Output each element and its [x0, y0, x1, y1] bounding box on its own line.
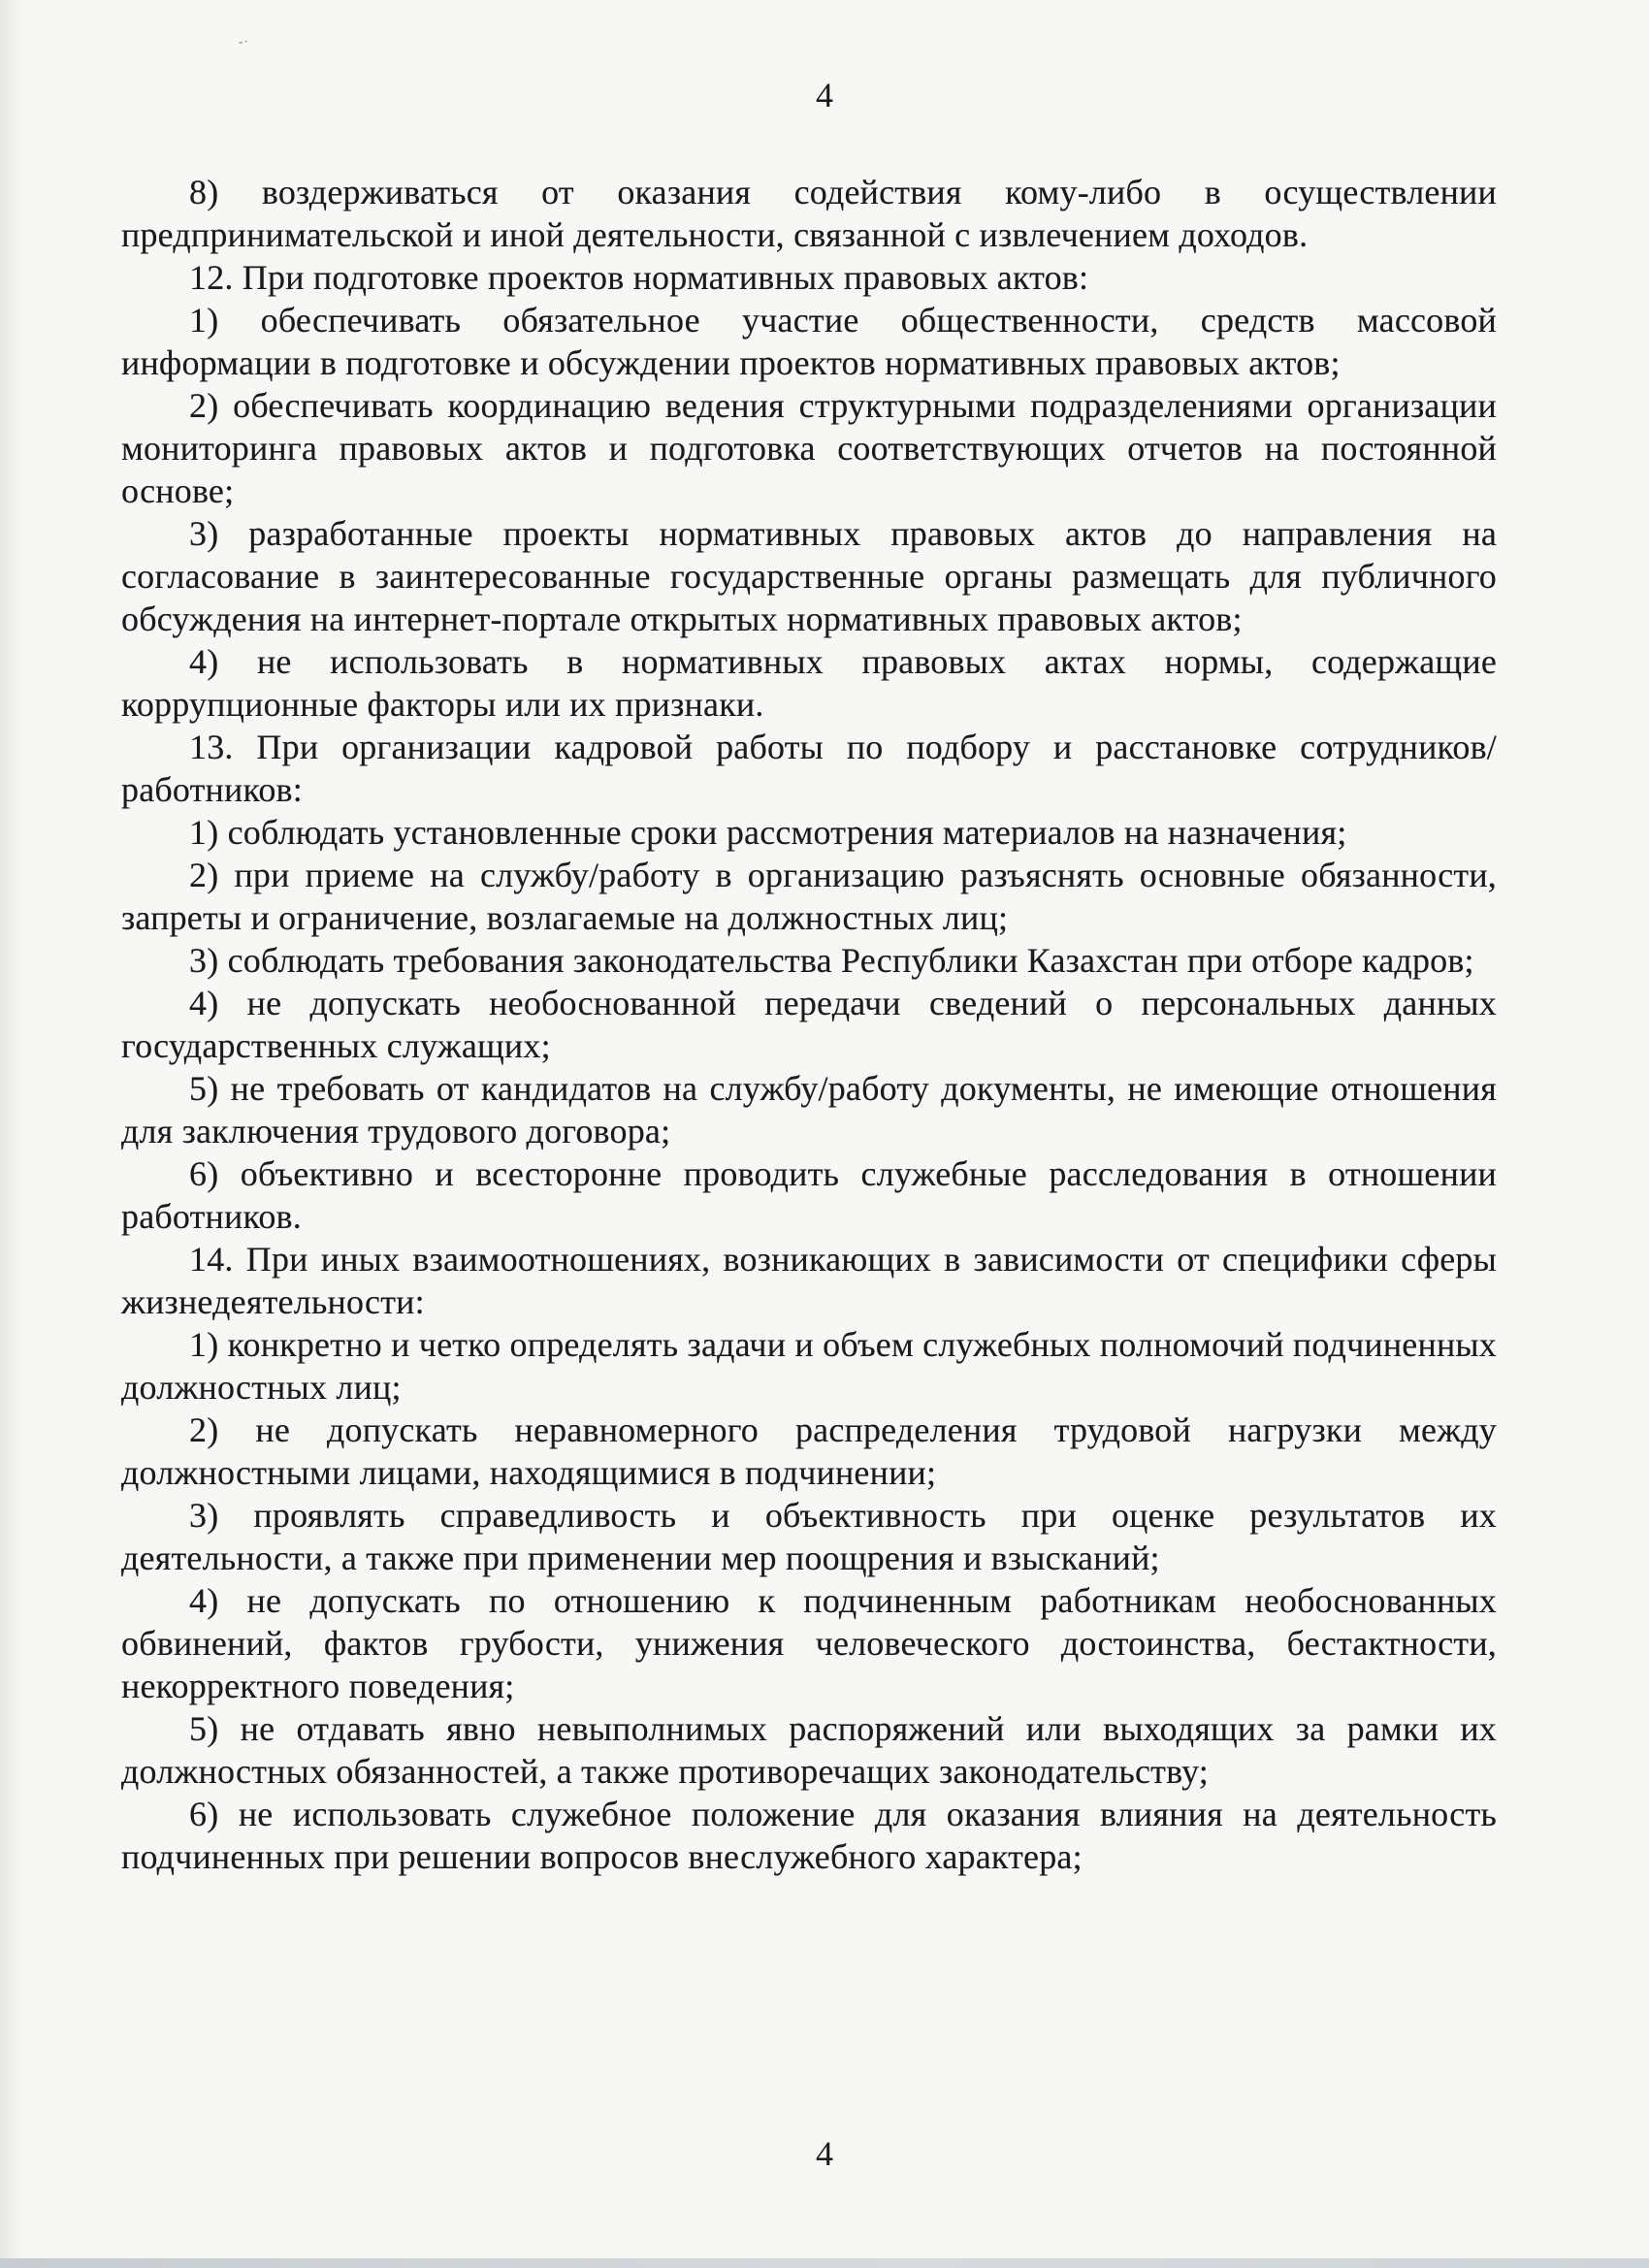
scanned-document-page: -· 4 8) воздерживаться от оказания содей…	[0, 0, 1649, 2268]
paragraph: 5) не требовать от кандидатов на службу/…	[121, 1067, 1497, 1152]
paragraph: 4) не допускать по отношению к подчиненн…	[121, 1579, 1497, 1707]
paragraph: 3) разработанные проекты нормативных пра…	[121, 512, 1497, 640]
page-number-bottom: 4	[0, 2134, 1649, 2173]
paragraph: 3) проявлять справедливость и объективно…	[121, 1494, 1497, 1579]
paragraph: 2) при приеме на службу/работу в организ…	[121, 854, 1497, 939]
paragraph: 13. При организации кадровой работы по п…	[121, 726, 1497, 811]
paragraph: 3) соблюдать требования законодательства…	[121, 939, 1497, 982]
paragraph: 2) не допускать неравномерного распредел…	[121, 1409, 1497, 1494]
paragraph: 12. При подготовке проектов нормативных …	[121, 256, 1497, 299]
paragraph: 6) объективно и всесторонне проводить сл…	[121, 1152, 1497, 1238]
paragraph: 1) обеспечивать обязательное участие общ…	[121, 299, 1497, 384]
paragraph: 14. При иных взаимоотношениях, возникающ…	[121, 1238, 1497, 1323]
paragraph: 5) не отдавать явно невыполнимых распоря…	[121, 1707, 1497, 1793]
scan-edge-strip	[0, 2258, 1649, 2268]
scan-artifact-speck: -·	[239, 39, 250, 44]
document-body: 8) воздерживаться от оказания содействия…	[121, 171, 1497, 1878]
paragraph: 4) не допускать необоснованной передачи …	[121, 982, 1497, 1067]
paragraph: 6) не использовать служебное положение д…	[121, 1793, 1497, 1878]
paragraph: 2) обеспечивать координацию ведения стру…	[121, 384, 1497, 512]
paragraph: 8) воздерживаться от оказания содействия…	[121, 171, 1497, 256]
paragraph: 1) конкретно и четко определять задачи и…	[121, 1323, 1497, 1409]
paragraph: 1) соблюдать установленные сроки рассмот…	[121, 811, 1497, 854]
page-number-top: 4	[0, 76, 1649, 114]
paragraph: 4) не использовать в нормативных правовы…	[121, 640, 1497, 726]
